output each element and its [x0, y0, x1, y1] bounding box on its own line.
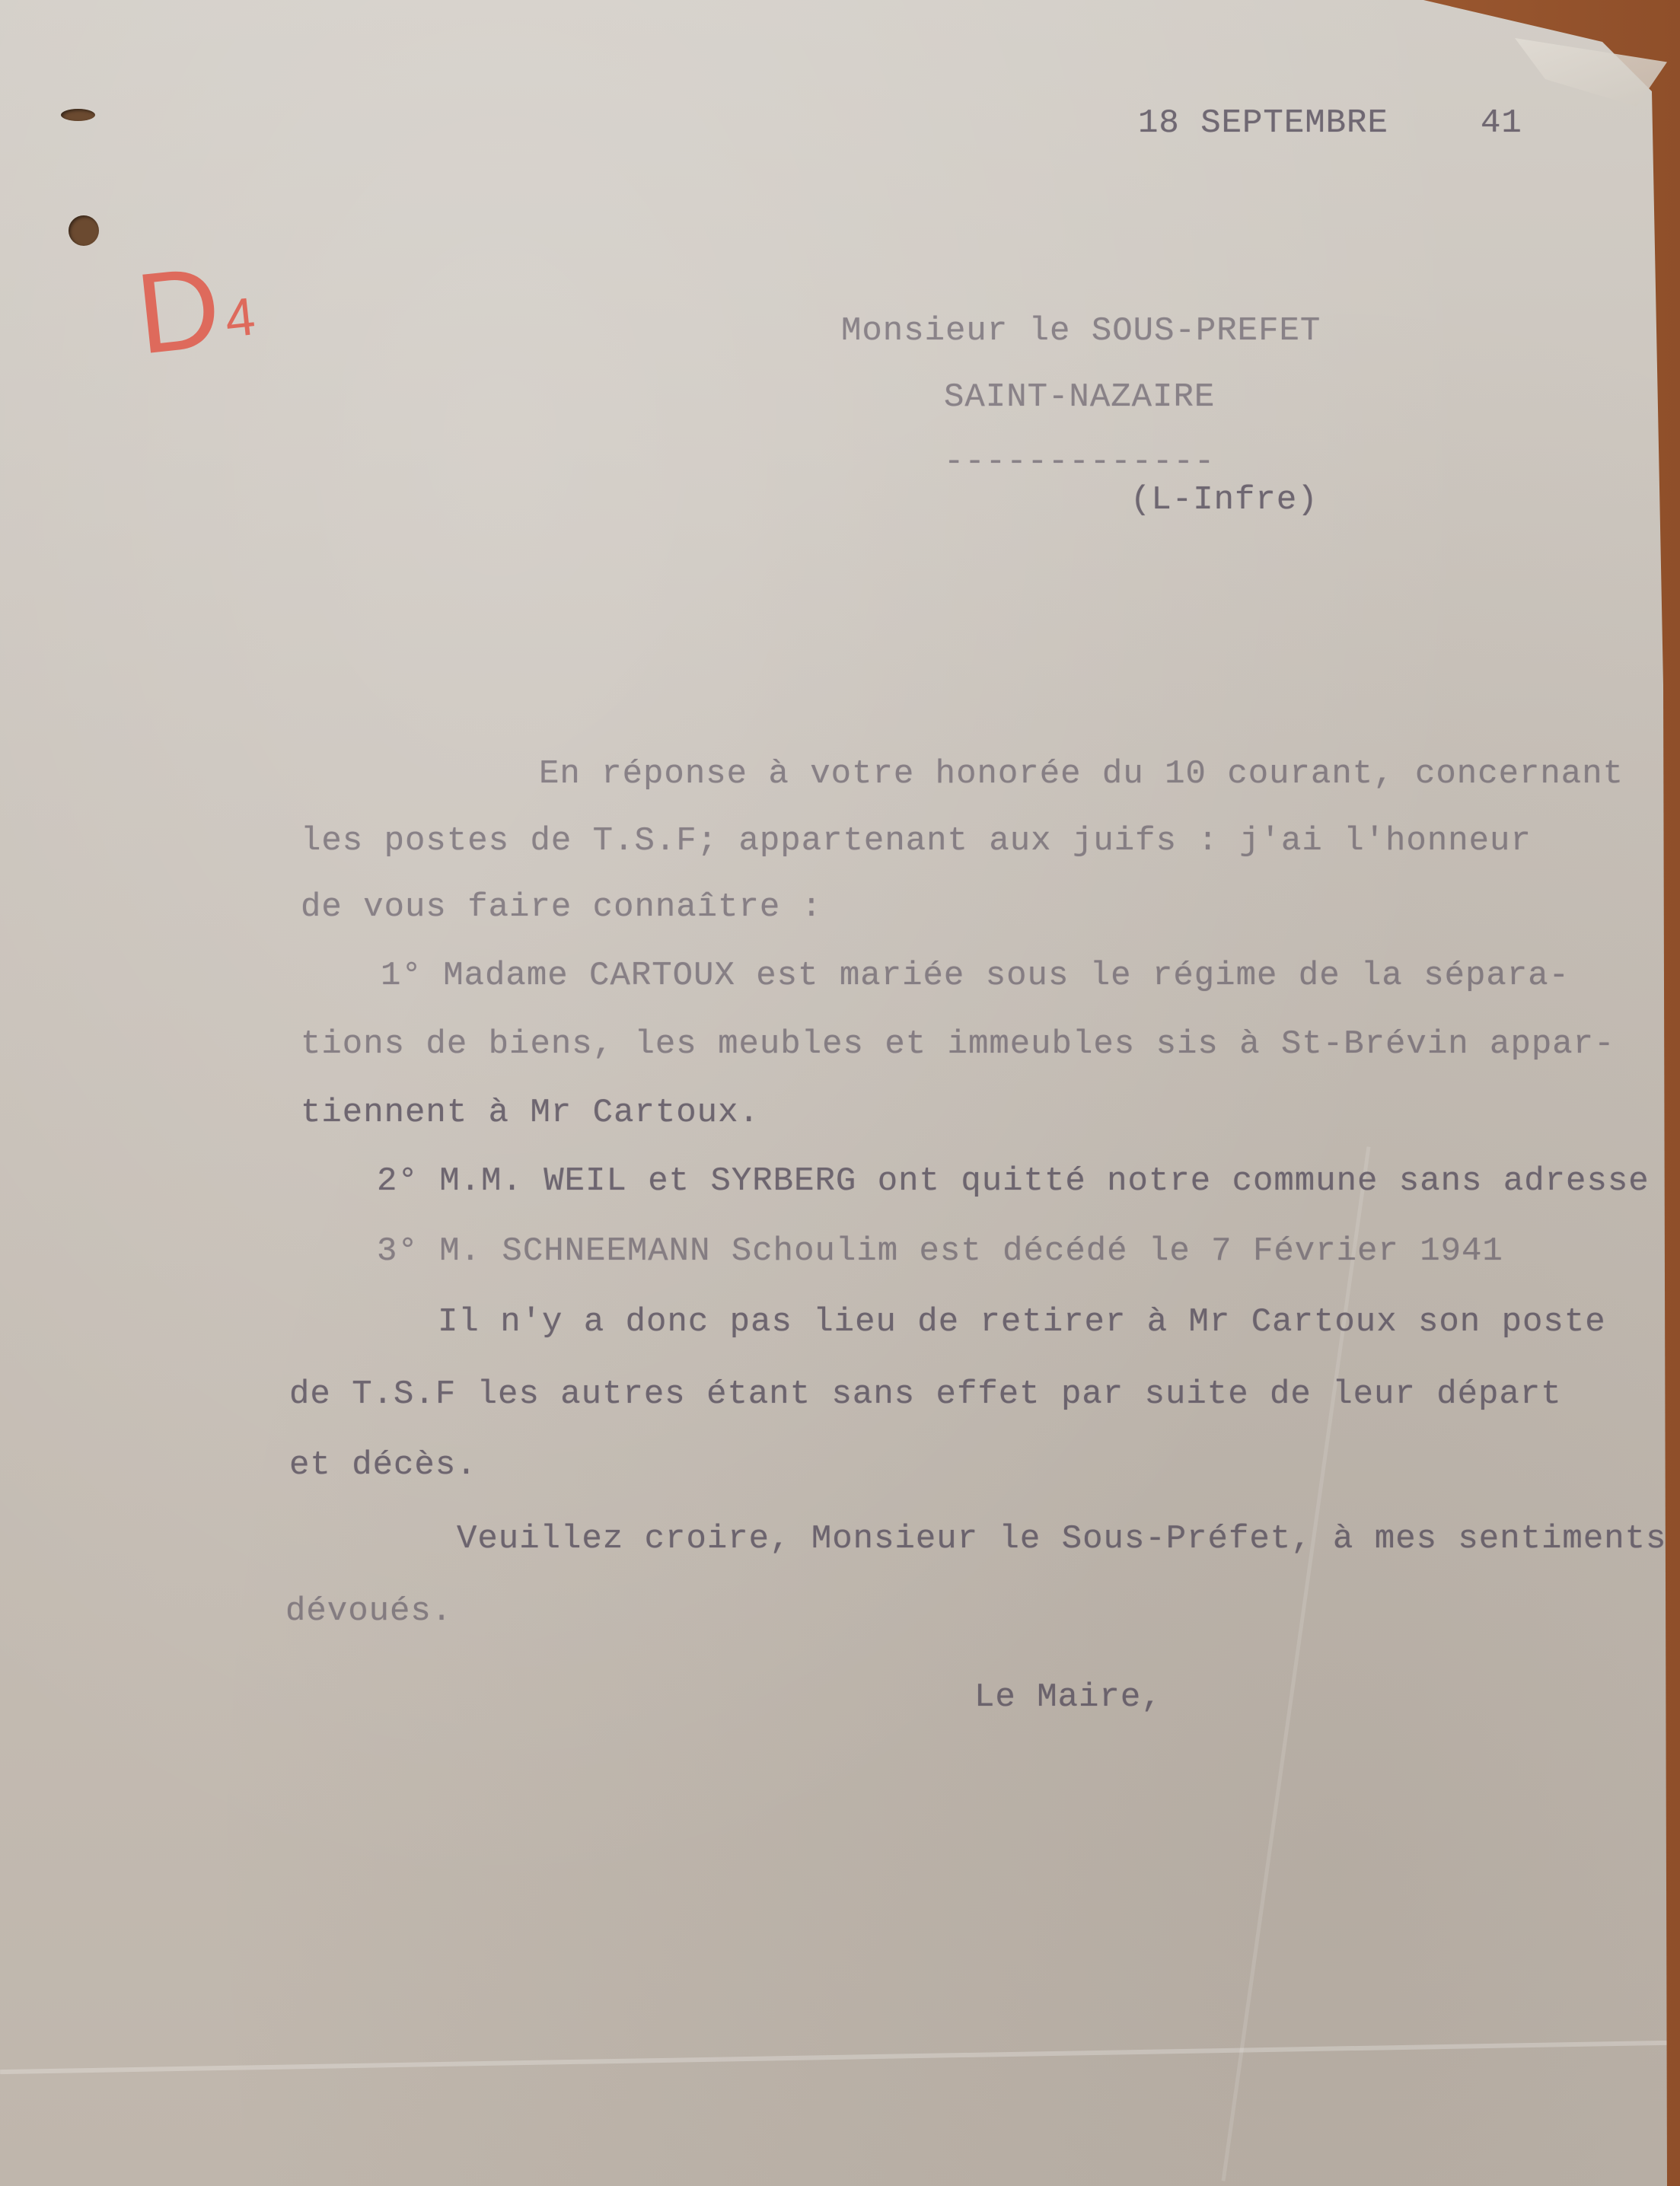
body-line: 1° Madame CARTOUX est mariée sous le rég… [381, 959, 1570, 993]
reference-code: (L-Infre) [1130, 483, 1318, 517]
recipient-separator: ------------- [944, 445, 1215, 479]
handwritten-reference-mark: D4 [132, 245, 260, 371]
body-line: de T.S.F les autres étant sans effet par… [289, 1378, 1562, 1411]
body-line: de vous faire connaître : [301, 891, 822, 924]
mark-number: 4 [222, 286, 258, 349]
recipient-title: Monsieur le SOUS-PREFET [841, 314, 1321, 348]
punch-hole [61, 109, 95, 121]
letter-date: 18 SEPTEMBRE [1138, 107, 1388, 140]
signature-line: Le Maire, [974, 1681, 1162, 1714]
mark-letter: D [131, 242, 226, 378]
recipient-city: SAINT-NAZAIRE [944, 381, 1215, 414]
letter-year: 41 [1481, 107, 1522, 140]
body-line: tiennent à Mr Cartoux. [301, 1096, 760, 1130]
paper-crease [1222, 1146, 1371, 2181]
body-line: les postes de T.S.F; appartenant aux jui… [301, 824, 1532, 858]
paper-crease [0, 2041, 1667, 2074]
body-line: Il n'y a donc pas lieu de retirer à Mr C… [438, 1305, 1606, 1339]
body-line: Veuillez croire, Monsieur le Sous-Préfet… [457, 1522, 1666, 1556]
body-line: dévoués. [285, 1595, 452, 1628]
body-line: En réponse à votre honorée du 10 courant… [539, 757, 1624, 791]
body-line: et décès. [289, 1448, 477, 1482]
body-line: 3° M. SCHNEEMANN Schoulim est décédé le … [377, 1235, 1503, 1268]
body-line: 2° M.M. WEIL et SYRBERG ont quitté notre… [377, 1165, 1650, 1198]
punch-hole [69, 215, 99, 246]
body-line: tions de biens, les meubles et immeubles… [301, 1028, 1615, 1061]
